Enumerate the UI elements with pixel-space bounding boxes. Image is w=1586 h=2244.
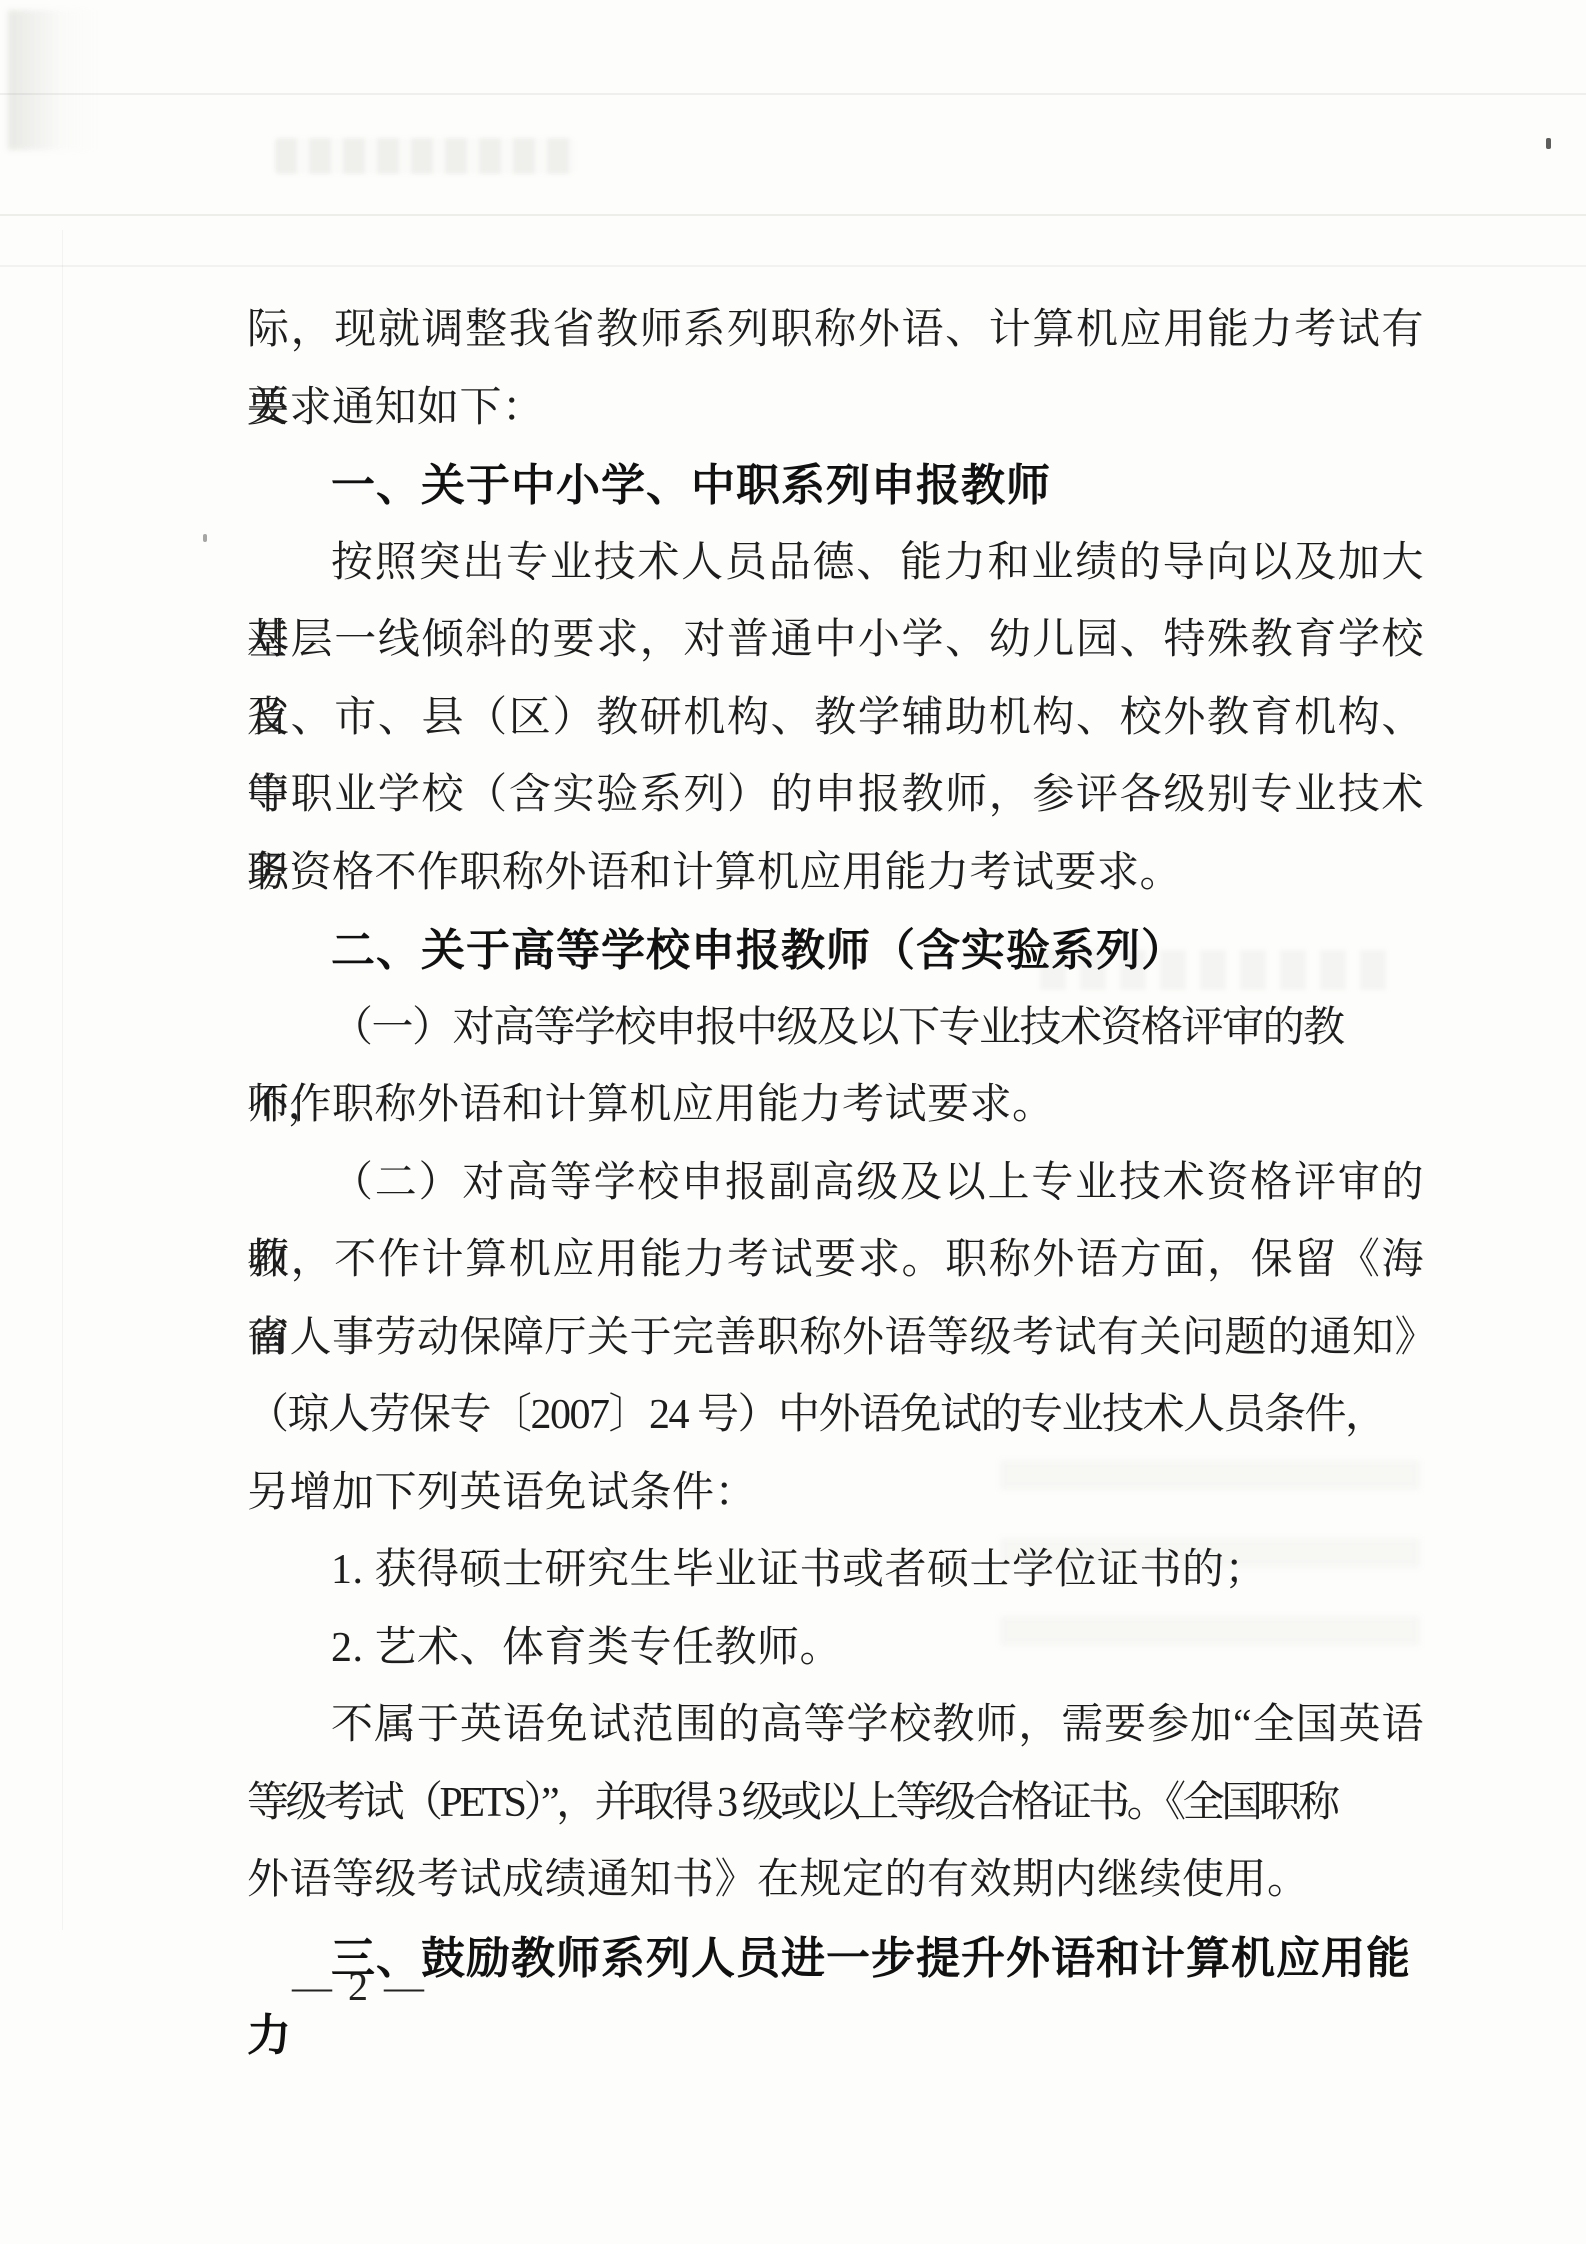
text-line: 不属于英语免试范围的高等学校教师，需要参加“全国英语 bbox=[247, 1687, 1424, 1765]
text-line: 1. 获得硕士研究生毕业证书或者硕士学位证书的； bbox=[247, 1532, 1424, 1610]
scan-artifact bbox=[8, 10, 98, 150]
text-line: 按照突出专业技术人员品德、能力和业绩的导向以及加大对 bbox=[247, 525, 1424, 603]
text-line: 省、市、县（区）教研机构、教学辅助机构、校外教育机构、中 bbox=[247, 680, 1424, 758]
document-page: 际，现就调整我省教师系列职称外语、计算机应用能力考试有关要求通知如下：一、关于中… bbox=[0, 0, 1586, 2244]
text-line: 二、关于高等学校申报教师（含实验系列） bbox=[247, 912, 1424, 990]
scan-artifact bbox=[0, 93, 1586, 95]
scan-artifact bbox=[62, 230, 63, 1930]
paragraph: 按照突出专业技术人员品德、能力和业绩的导向以及加大对基层一线倾斜的要求，对普通中… bbox=[247, 525, 1424, 913]
text-line: （一）对高等学校申报中级及以下专业技术资格评审的教师， bbox=[247, 990, 1424, 1068]
scan-artifact bbox=[275, 138, 575, 174]
paragraph: （一）对高等学校申报中级及以下专业技术资格评审的教师，不作职称外语和计算机应用能… bbox=[247, 990, 1424, 1145]
page-number: — 2 — bbox=[292, 1963, 427, 2010]
text-line: 等职业学校（含实验系列）的申报教师，参评各级别专业技术职 bbox=[247, 757, 1424, 835]
paragraph: 1. 获得硕士研究生毕业证书或者硕士学位证书的； bbox=[247, 1532, 1424, 1610]
paragraph: （二）对高等学校申报副高级及以上专业技术资格评审的教师，不作计算机应用能力考试要… bbox=[247, 1145, 1424, 1533]
section-heading: 一、关于中小学、中职系列申报教师 bbox=[247, 447, 1424, 525]
scan-artifact bbox=[203, 534, 207, 542]
paragraph: 际，现就调整我省教师系列职称外语、计算机应用能力考试有关要求通知如下： bbox=[247, 292, 1424, 447]
text-line: （二）对高等学校申报副高级及以上专业技术资格评审的教 bbox=[247, 1145, 1424, 1223]
text-line: 不作职称外语和计算机应用能力考试要求。 bbox=[247, 1067, 1424, 1145]
text-line: 务资格不作职称外语和计算机应用能力考试要求。 bbox=[247, 835, 1424, 913]
text-line: 省人事劳动保障厅关于完善职称外语等级考试有关问题的通知》 bbox=[247, 1300, 1424, 1378]
text-line: 师，不作计算机应用能力考试要求。职称外语方面，保留《海南 bbox=[247, 1222, 1424, 1300]
document-body: 际，现就调整我省教师系列职称外语、计算机应用能力考试有关要求通知如下：一、关于中… bbox=[247, 292, 1424, 1997]
text-line: 等级考试（PETS）”，并取得 3 级或以上等级合格证书。《全国职称 bbox=[247, 1765, 1424, 1843]
text-line: 一、关于中小学、中职系列申报教师 bbox=[247, 447, 1424, 525]
text-line: 基层一线倾斜的要求，对普通中小学、幼儿园、特殊教育学校及 bbox=[247, 602, 1424, 680]
text-line: 际，现就调整我省教师系列职称外语、计算机应用能力考试有关 bbox=[247, 292, 1424, 370]
section-heading: 二、关于高等学校申报教师（含实验系列） bbox=[247, 912, 1424, 990]
text-line: 外语等级考试成绩通知书》在规定的有效期内继续使用。 bbox=[247, 1842, 1424, 1920]
scan-artifact bbox=[1546, 138, 1551, 149]
scan-artifact bbox=[0, 214, 1586, 216]
text-line: 要求通知如下： bbox=[247, 370, 1424, 448]
scan-artifact bbox=[0, 265, 1586, 267]
text-line: 另增加下列英语免试条件： bbox=[247, 1455, 1424, 1533]
text-line: 2. 艺术、体育类专任教师。 bbox=[247, 1610, 1424, 1688]
paragraph: 不属于英语免试范围的高等学校教师，需要参加“全国英语等级考试（PETS）”，并取… bbox=[247, 1687, 1424, 1920]
paragraph: 2. 艺术、体育类专任教师。 bbox=[247, 1610, 1424, 1688]
text-line: （琼人劳保专〔2007〕24 号）中外语免试的专业技术人员条件， bbox=[247, 1377, 1424, 1455]
